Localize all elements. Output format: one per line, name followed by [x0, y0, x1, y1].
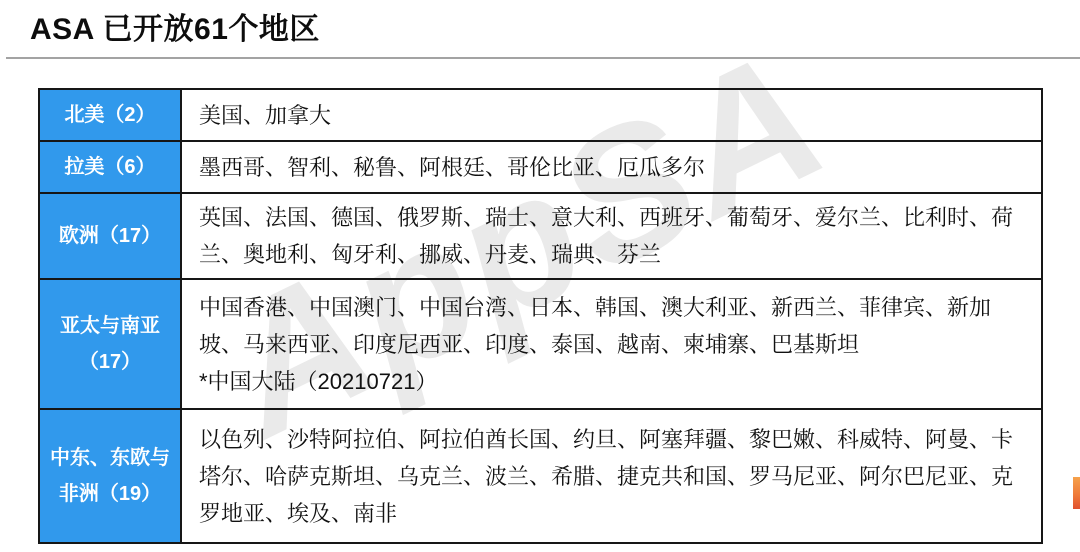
countries-text: 美国、加拿大 — [199, 103, 331, 128]
regions-table-body: 北美（2）美国、加拿大拉美（6）墨西哥、智利、秘鲁、阿根廷、哥伦比亚、厄瓜多尔欧… — [39, 89, 1042, 543]
title-divider — [6, 57, 1080, 59]
countries-cell: 墨西哥、智利、秘鲁、阿根廷、哥伦比亚、厄瓜多尔 — [181, 141, 1042, 193]
region-cell: 亚太与南亚（17） — [39, 279, 181, 409]
slide-page: ASA 已开放61个地区 AppSA 北美（2）美国、加拿大拉美（6）墨西哥、智… — [0, 0, 1080, 552]
edge-watermark-fragment — [1073, 477, 1080, 509]
table-row: 亚太与南亚（17）中国香港、中国澳门、中国台湾、日本、韩国、澳大利亚、新西兰、菲… — [39, 279, 1042, 409]
table-row: 北美（2）美国、加拿大 — [39, 89, 1042, 141]
countries-text: 以色列、沙特阿拉伯、阿拉伯酋长国、约旦、阿塞拜疆、黎巴嫩、科威特、阿曼、卡塔尔、… — [199, 427, 1013, 526]
countries-cell: 中国香港、中国澳门、中国台湾、日本、韩国、澳大利亚、新西兰、菲律宾、新加坡、马来… — [181, 279, 1042, 409]
countries-text: 英国、法国、德国、俄罗斯、瑞士、意大利、西班牙、葡萄牙、爱尔兰、比利时、荷兰、奥… — [199, 205, 1013, 267]
region-cell: 中东、东欧与非洲（19） — [39, 409, 181, 543]
countries-text: 中国香港、中国澳门、中国台湾、日本、韩国、澳大利亚、新西兰、菲律宾、新加坡、马来… — [199, 295, 991, 357]
countries-cell: 英国、法国、德国、俄罗斯、瑞士、意大利、西班牙、葡萄牙、爱尔兰、比利时、荷兰、奥… — [181, 193, 1042, 279]
countries-cell: 美国、加拿大 — [181, 89, 1042, 141]
regions-table: 北美（2）美国、加拿大拉美（6）墨西哥、智利、秘鲁、阿根廷、哥伦比亚、厄瓜多尔欧… — [38, 88, 1043, 544]
table-row: 中东、东欧与非洲（19）以色列、沙特阿拉伯、阿拉伯酋长国、约旦、阿塞拜疆、黎巴嫩… — [39, 409, 1042, 543]
page-title: ASA 已开放61个地区 — [30, 4, 320, 48]
region-cell: 拉美（6） — [39, 141, 181, 193]
countries-cell: 以色列、沙特阿拉伯、阿拉伯酋长国、约旦、阿塞拜疆、黎巴嫩、科威特、阿曼、卡塔尔、… — [181, 409, 1042, 543]
table-row: 拉美（6）墨西哥、智利、秘鲁、阿根廷、哥伦比亚、厄瓜多尔 — [39, 141, 1042, 193]
mainland-china-note: *中国大陆（20210721） — [199, 363, 1031, 400]
countries-text: 墨西哥、智利、秘鲁、阿根廷、哥伦比亚、厄瓜多尔 — [199, 155, 705, 180]
table-row: 欧洲（17）英国、法国、德国、俄罗斯、瑞士、意大利、西班牙、葡萄牙、爱尔兰、比利… — [39, 193, 1042, 279]
region-cell: 北美（2） — [39, 89, 181, 141]
region-cell: 欧洲（17） — [39, 193, 181, 279]
